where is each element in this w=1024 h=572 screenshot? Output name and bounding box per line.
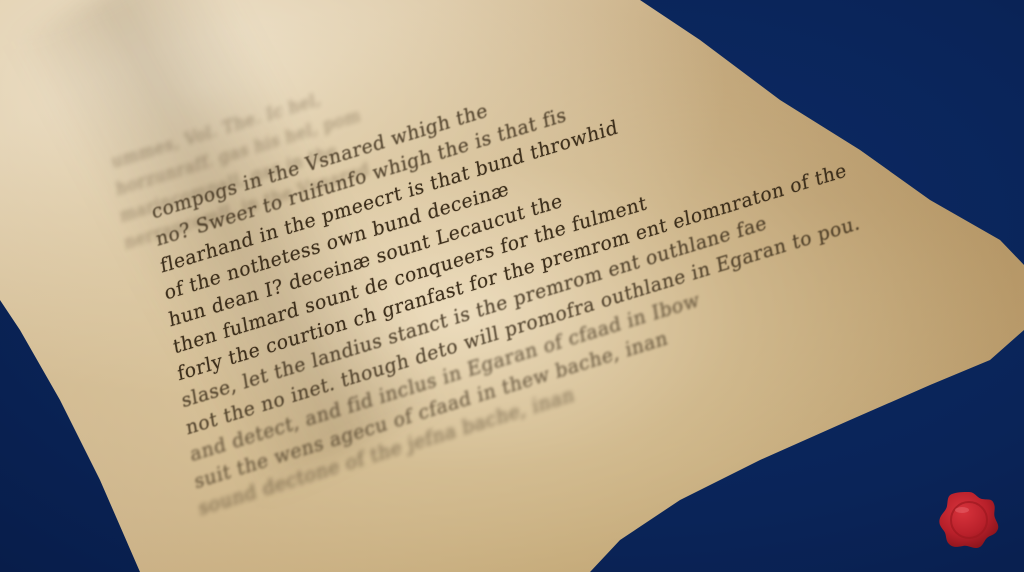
parchment-document: ummes, Vol. The. Ic hel, horzunraff. gas… xyxy=(0,0,1024,572)
wax-seal-icon xyxy=(938,490,1000,550)
